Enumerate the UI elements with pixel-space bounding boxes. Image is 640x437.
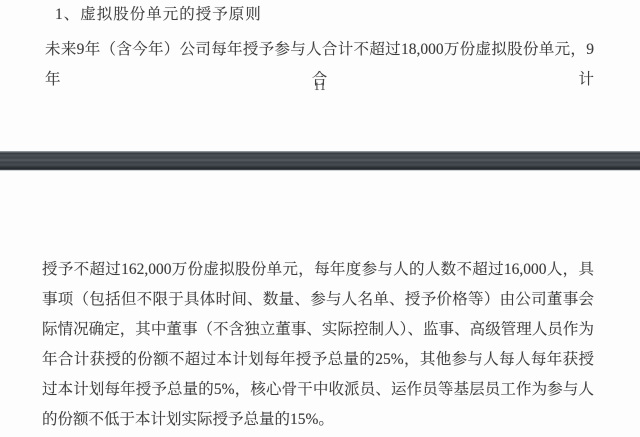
paragraph-line: 的份额不低于本计划实际授予总量的15%。 [42,405,594,435]
page-separator-bar [0,151,640,171]
document-page-top: 1、虚拟股份单元的授予原则 未来9年（含今年）公司每年授予参与人合计不超过18,… [0,0,640,150]
section-heading: 1、虚拟股份单元的授予原则 [55,0,262,30]
paragraph-line: 际情况确定，其中董事（不含独立董事、实际控制人）、监事、高级管理人员作为参与人每 [42,315,594,345]
document-page-bottom: 授予不超过162,000万份虚拟股份单元，每年度参与人的人数不超过16,000人… [42,255,594,435]
document-viewport: 1、虚拟股份单元的授予原则 未来9年（含今年）公司每年授予参与人合计不超过18,… [0,0,640,437]
page-number: 11 [0,79,640,93]
paragraph-line: 年合计获授的份额不超过本计划每年授予总量的25%，其他参与人每人每年获授的份额不… [42,345,594,375]
paragraph-line: 过本计划每年授予总量的5%，核心骨干中收派员、运作员等基层员工作为参与人9年合计… [42,375,594,405]
paragraph-line: 事项（包括但不限于具体时间、数量、参与人名单、授予价格等）由公司董事会按照届时实 [42,285,594,315]
paragraph-line: 授予不超过162,000万份虚拟股份单元，每年度参与人的人数不超过16,000人… [42,255,594,285]
